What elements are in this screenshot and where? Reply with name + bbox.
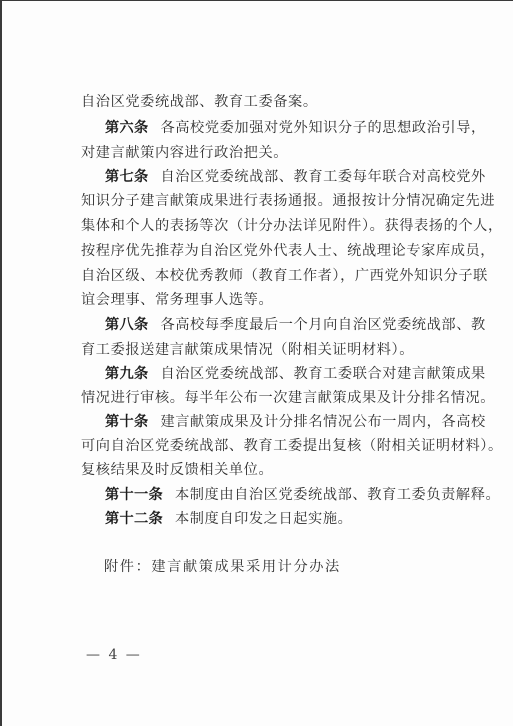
paragraph-line: 谊会理事、常务理事人选等。: [81, 292, 457, 308]
paragraph-line: 自治区级、本校优秀教师（教育工作者），广西党外知识分子联: [81, 268, 457, 284]
line-text: 各高校党委加强对党外知识分子的思想政治引导，: [160, 120, 485, 136]
line-text: 对建言献策内容进行政治把关。: [81, 145, 288, 161]
attachment-note: 附件：建言献策成果采用计分办法: [104, 556, 341, 576]
line-text: 各高校每季度最后一个月向自治区党委统战部、教: [160, 317, 485, 333]
line-text: 谊会理事、常务理事人选等。: [81, 292, 273, 308]
document-page: 自治区党委统战部、教育工委备案。 第六条各高校党委加强对党外知识分子的思想政治引…: [0, 0, 513, 726]
page-number: — 4 —: [86, 647, 142, 663]
article-heading: 第八条: [105, 317, 148, 333]
article-heading: 第十二条: [105, 511, 163, 527]
article-heading: 第九条: [105, 366, 148, 382]
paragraph-line: 集体和个人的表扬等次（计分办法详见附件）。获得表扬的个人，: [81, 218, 457, 234]
article-7: 第七条自治区党委统战部、教育工委每年联合对高校党外: [105, 169, 457, 185]
article-10: 第十条建言献策成果及计分排名情况公布一周内，各高校: [105, 414, 457, 430]
line-text: 自治区党委统战部、教育工委每年联合对高校党外: [160, 169, 485, 185]
article-9: 第九条自治区党委统战部、教育工委联合对建言献策成果: [105, 366, 457, 382]
paragraph-line: 知识分子建言献策成果进行表扬通报。通报按计分情况确定先进: [81, 193, 457, 209]
line-text: 知识分子建言献策成果进行表扬通报。通报按计分情况确定先进: [81, 193, 495, 209]
article-8: 第八条各高校每季度最后一个月向自治区党委统战部、教: [105, 317, 457, 333]
paragraph-line: 可向自治区党委统战部、教育工委提出复核（附相关证明材料）。: [81, 438, 457, 454]
line-text: 育工委报送建言献策成果情况（附相关证明材料）。: [81, 342, 414, 358]
line-text: 可向自治区党委统战部、教育工委提出复核（附相关证明材料）。: [81, 438, 503, 454]
article-heading: 第十条: [105, 414, 148, 430]
article-heading: 第十一条: [105, 487, 163, 503]
paragraph-line: 对建言献策内容进行政治把关。: [81, 145, 457, 161]
article-12: 第十二条本制度自印发之日起实施。: [105, 511, 457, 527]
line-text: 建言献策成果及计分排名情况公布一周内，各高校: [160, 414, 485, 430]
paragraph-line: 情况进行审核。每半年公布一次建言献策成果及计分排名情况。: [81, 390, 457, 406]
line-text: 自治区党委统战部、教育工委联合对建言献策成果: [160, 366, 485, 382]
line-text: 按程序优先推荐为自治区党外代表人士、统战理论专家库成员，: [81, 243, 495, 259]
article-heading: 第七条: [105, 169, 148, 185]
line-text: 复核结果及时反馈相关单位。: [81, 462, 273, 478]
line-text: 情况进行审核。每半年公布一次建言献策成果及计分排名情况。: [81, 390, 495, 406]
line-text: 自治区党委统战部、教育工委备案。: [81, 94, 318, 110]
line-text: 自治区级、本校优秀教师（教育工作者），广西党外知识分子联: [81, 268, 488, 284]
line-text: 本制度自印发之日起实施。: [175, 511, 352, 527]
paragraph-line: 按程序优先推荐为自治区党外代表人士、统战理论专家库成员，: [81, 243, 457, 259]
article-11: 第十一条本制度由自治区党委统战部、教育工委负责解释。: [105, 487, 457, 503]
paragraph-line: 育工委报送建言献策成果情况（附相关证明材料）。: [81, 342, 457, 358]
line-text: 本制度由自治区党委统战部、教育工委负责解释。: [175, 487, 500, 503]
paragraph-line: 复核结果及时反馈相关单位。: [81, 462, 457, 478]
line-text: 集体和个人的表扬等次（计分办法详见附件）。获得表扬的个人，: [81, 218, 503, 234]
paragraph-line: 自治区党委统战部、教育工委备案。: [81, 94, 457, 110]
article-6: 第六条各高校党委加强对党外知识分子的思想政治引导，: [105, 120, 457, 136]
article-heading: 第六条: [105, 120, 148, 136]
